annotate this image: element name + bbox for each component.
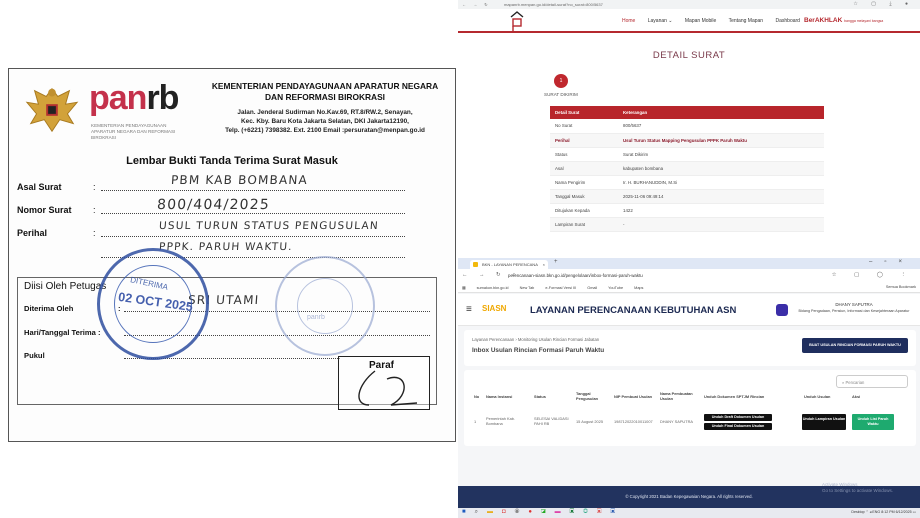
composite-screenshot: panrb KEMENTERIAN PENDAYAGUNAAN APARATUR…: [0, 0, 920, 518]
table-row: Lampiran Surat-: [550, 217, 824, 231]
clock-time[interactable]: 8:12 PM: [881, 510, 894, 514]
app-icon[interactable]: ◘: [502, 509, 515, 515]
address-bar: ← → ↻ mapanrb.menpan.go.id/detail-surat?…: [458, 0, 920, 9]
colon: :: [93, 228, 96, 238]
table-row: Asalkabupaten bombana: [550, 161, 824, 175]
chrome-icon[interactable]: ◎: [583, 509, 597, 515]
brand-text: BerAKHLAK: [804, 17, 842, 24]
row-label: No Surat: [550, 119, 618, 133]
panrb-logo: panrb: [89, 79, 178, 118]
breadcrumb: Layanan Perencanaan › Monitoring Usulan …: [472, 337, 599, 342]
start-icon[interactable]: ■: [462, 509, 475, 515]
row-label: Lampiran Surat: [550, 217, 618, 231]
desktop-toolbar[interactable]: Desktop: [851, 510, 864, 514]
step-indicator: 1: [554, 74, 568, 88]
received-date-stamp: DITERIMA 02 OCT 2025: [97, 248, 209, 360]
all-bookmarks[interactable]: Semua Bookmark: [886, 285, 916, 289]
bookmark-item[interactable]: Maps: [634, 286, 643, 290]
ministry-address: Jalan. Jenderal Sudirman No.Kav.69, RT.8…: [197, 108, 453, 135]
dotted-line: [101, 236, 405, 237]
diterima-label: Diterima Oleh: [24, 304, 73, 313]
breadcrumb-root[interactable]: Layanan Perencanaan: [472, 337, 514, 342]
colon: :: [93, 182, 96, 192]
search-icon[interactable]: ⌕: [475, 509, 487, 515]
create-proposal-button[interactable]: BUAT USULAN RINCIAN FORMASI PARUH WAKTU: [802, 338, 908, 353]
address-bar: ← → ↻ ⌂ perencanaan-siasn.bkn.go.id/peng…: [458, 269, 920, 282]
signature-box: Paraf: [338, 356, 430, 410]
menu-layanan[interactable]: Layanan ⌄: [648, 18, 673, 24]
row-tanggal: 15 August 2025: [576, 419, 603, 424]
bookmark-item[interactable]: New Tab: [520, 286, 535, 290]
logo-part-rb: rb: [146, 79, 178, 117]
asal-value: PBM KAB BOMBANA: [171, 173, 309, 187]
logo-part-pan: pan: [89, 79, 146, 117]
new-tab-icon[interactable]: +: [554, 259, 558, 265]
row-nama: DHANY SAPUTRA: [660, 419, 693, 424]
row-label: Perihal: [550, 133, 618, 147]
row-value: -: [618, 217, 824, 231]
step-label: SURAT DIKIRIM: [544, 92, 578, 97]
clock-date[interactable]: 6/12/2025: [896, 510, 912, 514]
row-value: 1422: [618, 203, 824, 217]
bookmark-item[interactable]: Gmail: [587, 286, 597, 290]
download-list-button[interactable]: Unduh List Paruh Waktu: [852, 414, 894, 430]
ministry-name: KEMENTERIAN PENDAYAGUNAAN APARATUR NEGAR…: [197, 81, 453, 103]
menu-mapan-mobile[interactable]: Mapan Mobile: [685, 18, 716, 24]
browser-tab-bar: BKN - LAYANAN PERENCANA × + –▫×: [458, 258, 920, 269]
column-header: NIP Pembuat Usulan: [614, 394, 652, 399]
file-explorer-icon[interactable]: ▬: [487, 509, 502, 515]
letterhead: panrb KEMENTERIAN PENDAYAGUNAAN APARATUR…: [9, 69, 455, 147]
user-role: Bidang Pengadaan, Pensiun, Informasi dan…: [792, 309, 916, 313]
menu-tentang-mapan[interactable]: Tentang Mapan: [729, 18, 763, 24]
table-header-row: Detail Surat Keterangan: [550, 106, 824, 119]
column-header: No: [474, 394, 479, 399]
perihal-label: Perihal: [17, 228, 47, 238]
row-value: Surat Dikirim: [618, 147, 824, 161]
close-tab-icon[interactable]: ×: [543, 262, 545, 267]
ministry-line-2: DAN REFORMASI BIROKRASI: [197, 92, 453, 103]
tab-title: BKN - LAYANAN PERENCANA: [482, 262, 538, 267]
window-controls[interactable]: –▫×: [869, 259, 914, 265]
table-row: Tanggal Masuk2025-11-06 09:49:14: [550, 189, 824, 203]
siasn-logo: SIASN: [482, 304, 506, 313]
table-row: Ditujukan Kepada1422: [550, 203, 824, 217]
browser-tab[interactable]: BKN - LAYANAN PERENCANA ×: [470, 260, 548, 269]
column-header: Unduh Usulan: [804, 394, 830, 399]
word-icon[interactable]: ▣: [610, 509, 624, 515]
page-title: Inbox Usulan Rincian Formasi Paruh Waktu: [472, 347, 604, 354]
site-navbar: Home Layanan ⌄ Mapan Mobile Tentang Mapa…: [458, 9, 920, 33]
user-avatar[interactable]: [776, 304, 788, 316]
row-label: Status: [550, 147, 618, 161]
column-header: Detail Surat: [550, 106, 618, 119]
bookmark-item[interactable]: e-Formasi Versi III: [545, 286, 576, 290]
app-icon[interactable]: ◪: [541, 509, 555, 515]
url-field[interactable]: mapanrb.menpan.go.id/detail-surat?no_sur…: [504, 2, 603, 7]
officer-section-title: Diisi Oleh Petugas: [24, 281, 106, 292]
download-final-button[interactable]: Unduh Final Dokumen Usulan: [704, 423, 772, 430]
dotted-line: [101, 213, 405, 214]
download-attachment-button[interactable]: Unduh Lampiran Usulan: [802, 414, 846, 430]
column-header: Nama Instansi: [486, 394, 526, 399]
taskbar-app-icons[interactable]: ■⌕▬◘◉●◪▬▣◎▣▣: [462, 509, 624, 516]
row-nip: 198712022010011007: [614, 419, 653, 424]
browser-nav-icons[interactable]: ← → ↻: [462, 2, 491, 7]
row-label: Asal: [550, 161, 618, 175]
system-tray: Desktop ⌃ ◂ ENG 8:12 PM 6/12/2025 ▭: [851, 510, 916, 514]
column-header: Unduh Dokumen SPTJM Rincian: [704, 394, 764, 399]
browser-tool-icons[interactable]: ☆ ▢ ⤓ ●: [853, 1, 914, 7]
windows-taskbar: ■⌕▬◘◉●◪▬▣◎▣▣ Desktop ⌃ ◂ ENG 8:12 PM 6/1…: [458, 508, 920, 518]
row-value: 800/5637: [618, 119, 824, 133]
row-no: 1: [474, 419, 476, 424]
hamburger-menu-icon[interactable]: ≡: [466, 305, 472, 315]
language-indicator[interactable]: ENG: [872, 510, 880, 514]
row-value: Ir. H. BURHANUDDIN, M.Si: [618, 175, 824, 189]
mapan-logo-icon[interactable]: [508, 10, 526, 32]
asal-label: Asal Surat: [17, 182, 62, 192]
powerpoint-icon[interactable]: ▣: [597, 509, 611, 515]
column-header: Status: [534, 394, 546, 399]
app-icon[interactable]: ◉: [515, 509, 529, 515]
bookmarks-bar: ▦ sumakon.bkn.go.id New Tab e-Formasi Ve…: [458, 282, 920, 293]
address-line-3: Telp. (+6221) 7398382. Ext. 2100 Email :…: [197, 126, 453, 135]
letter-detail-table: Detail Surat Keterangan No Surat800/5637…: [550, 106, 824, 232]
tanggal-label: Hari/Tanggal Terima :: [24, 328, 101, 337]
search-input[interactable]: ⌕ Pencarian: [836, 375, 908, 388]
app-icon[interactable]: ▬: [555, 509, 570, 515]
row-value: 2025-11-06 09:49:14: [618, 189, 824, 203]
official-seal-stamp: panrb: [275, 256, 375, 356]
page-title: DETAIL SURAT: [458, 50, 920, 61]
column-header: Aksi: [852, 394, 860, 399]
row-label: Ditujukan Kepada: [550, 203, 618, 217]
bkn-favicon-icon: [473, 262, 478, 267]
logo-subtitle: KEMENTERIAN PENDAYAGUNAAN APARATUR NEGAR…: [91, 123, 191, 141]
apps-grid-icon[interactable]: ▦: [462, 286, 466, 290]
excel-icon[interactable]: ▣: [570, 509, 584, 515]
pukul-label: Pukul: [24, 351, 45, 360]
row-instansi: Pemerintah Kab. Bombana: [486, 416, 522, 426]
download-draft-button[interactable]: Unduh Draft Dokumen Usulan: [704, 414, 772, 421]
row-value: kabupaten bombana: [618, 161, 824, 175]
ministry-line-1: KEMENTERIAN PENDAYAGUNAAN APARATUR NEGAR…: [197, 81, 453, 92]
siasn-browser-window: BKN - LAYANAN PERENCANA × + –▫× ← → ↻ ⌂ …: [458, 258, 920, 518]
row-value: Usul Turun Status Mapping Pengusulan PPP…: [618, 133, 824, 147]
browser-tool-icons[interactable]: ☆ ▢ ◯ ⋮: [832, 272, 914, 278]
page-header-card: Layanan Perencanaan › Monitoring Usulan …: [464, 330, 916, 366]
address-line-2: Kec. Kby. Baru Kota Jakarta Selatan, DKI…: [197, 117, 453, 126]
table-row: PerihalUsul Turun Status Mapping Pengusu…: [550, 133, 824, 147]
berakhlak-logo: BerAKHLAK bangga melayani bangsa: [804, 17, 883, 24]
mapan-browser-window: ← → ↻ mapanrb.menpan.go.id/detail-surat?…: [458, 0, 920, 240]
bookmark-item[interactable]: sumakon.bkn.go.id: [477, 286, 509, 290]
user-name[interactable]: DHANY SAPUTRA: [792, 302, 916, 307]
receipt-title: Lembar Bukti Tanda Terima Surat Masuk: [9, 155, 455, 167]
app-header: ≡ SIASN LAYANAN PERENCANAAN KEBUTUHAN AS…: [458, 294, 920, 326]
breadcrumb-current[interactable]: Monitoring Usulan Rincian Formasi Jabata…: [518, 337, 599, 342]
row-label: Nama Pengirim: [550, 175, 618, 189]
perihal-value-line-2: PPPK. PARUH WAKTU.: [159, 241, 294, 253]
brand-tagline: bangga melayani bangsa: [844, 19, 883, 23]
address-line-1: Jalan. Jenderal Sudirman No.Kav.69, RT.8…: [197, 108, 453, 117]
column-header: Nama Pembuatan Usulan: [660, 391, 700, 401]
dotted-line: [101, 190, 405, 191]
menu-dashboard[interactable]: Dashboard: [775, 18, 799, 24]
column-header: Tanggal Pengusulan: [576, 391, 606, 401]
seal-inner-ring: [297, 278, 353, 334]
perihal-value-line-1: USUL TURUN STATUS PENGUSULAN: [159, 220, 380, 232]
signature-scribble-icon: [347, 365, 423, 409]
activate-windows-watermark: Activate Windows Go to Settings to activ…: [822, 482, 893, 494]
bookmark-item[interactable]: YouTube: [608, 286, 623, 290]
table-row: No Surat800/5637: [550, 119, 824, 133]
garuda-emblem-icon: [23, 81, 81, 139]
nomor-value: 800/404/2025: [156, 197, 270, 213]
seal-text: panrb: [307, 314, 325, 321]
menu-home[interactable]: Home: [622, 18, 635, 24]
inbox-table-card: ⌕ Pencarian No Nama Instansi Status Tang…: [464, 370, 916, 446]
nomor-label: Nomor Surat: [17, 205, 72, 215]
table-row: Nama PengirimIr. H. BURHANUDDIN, M.Si: [550, 175, 824, 189]
watermark-line-2: Go to Settings to activate Windows.: [822, 488, 893, 494]
opera-icon[interactable]: ●: [528, 509, 541, 515]
app-title: LAYANAN PERENCANAAN KEBUTUHAN ASN: [530, 305, 736, 316]
search-placeholder: Pencarian: [846, 380, 865, 385]
url-field[interactable]: perencanaan-siasn.bkn.go.id/pengelolaan/…: [508, 273, 643, 278]
table-row: StatusSurat Dikirim: [550, 147, 824, 161]
column-header: Keterangan: [618, 106, 824, 119]
row-label: Tanggal Masuk: [550, 189, 618, 203]
main-menu: Home Layanan ⌄ Mapan Mobile Tentang Mapa…: [622, 18, 811, 24]
row-status: SELESAI VALIDASI PAHI RB: [534, 416, 570, 426]
colon: :: [93, 205, 96, 215]
